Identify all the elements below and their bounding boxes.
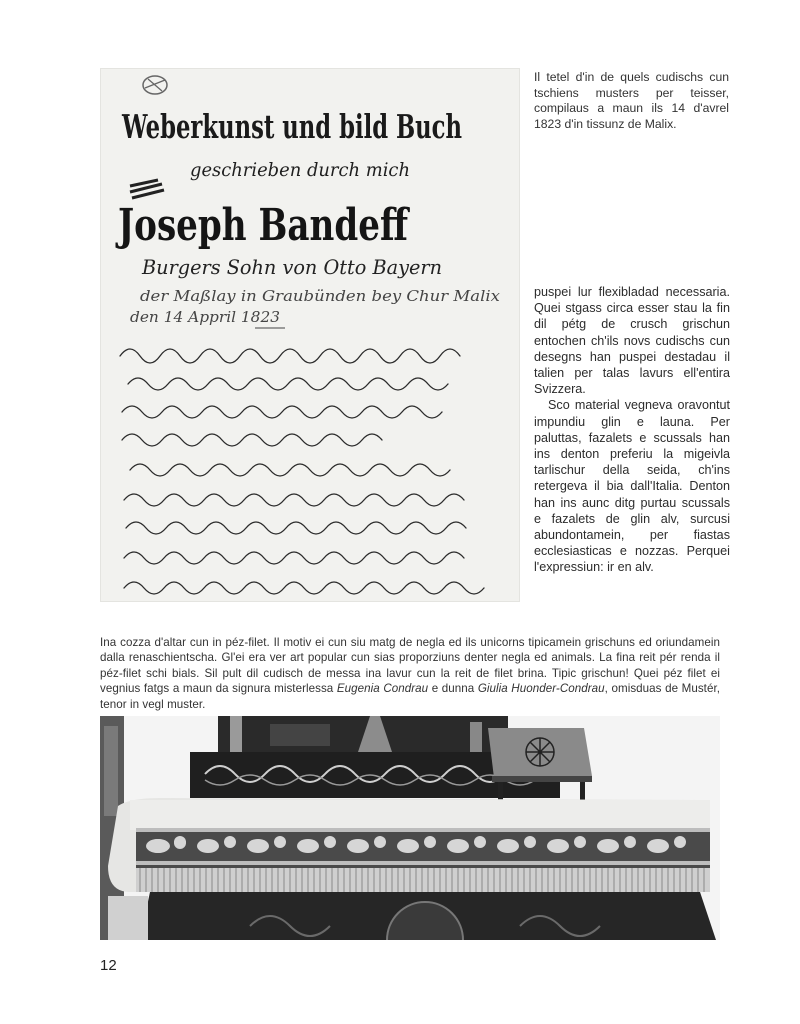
caption-text: e dunna xyxy=(428,682,478,695)
page-number: 12 xyxy=(100,957,117,974)
body-paragraph: puspei lur flexibladad necessaria. Quei … xyxy=(534,284,730,397)
manuscript-line-4: Burgers Sohn von Otto Bayern xyxy=(141,255,442,279)
manuscript-line-6: den 14 Appril 1823 xyxy=(130,308,280,326)
manuscript-line-3: Joseph Bandeff xyxy=(115,200,410,251)
altar-photo xyxy=(100,716,720,940)
manuscript-line-2: geschrieben durch mich xyxy=(190,159,410,181)
manuscript-photo: Weberkunst und bild Buch geschrieben dur… xyxy=(100,68,520,602)
body-paragraph: Sco material vegneva oravontut impundiu … xyxy=(534,397,730,575)
body-text-column: puspei lur flexibladad necessaria. Quei … xyxy=(534,284,730,576)
altar-caption: Ina cozza d'altar cun in péz-filet. Il m… xyxy=(100,635,720,712)
maker-name-1: Eugenia Condrau xyxy=(337,682,428,695)
manuscript-line-1: Weberkunst und bild Buch xyxy=(121,107,462,146)
maker-name-2: Giulia Huonder-Condrau xyxy=(478,682,605,695)
manuscript-caption: Il tetel d'in de quels cudischs cun tsch… xyxy=(534,70,729,132)
manuscript-line-5: der Maßlay in Graubünden bey Chur Malix xyxy=(140,287,501,305)
